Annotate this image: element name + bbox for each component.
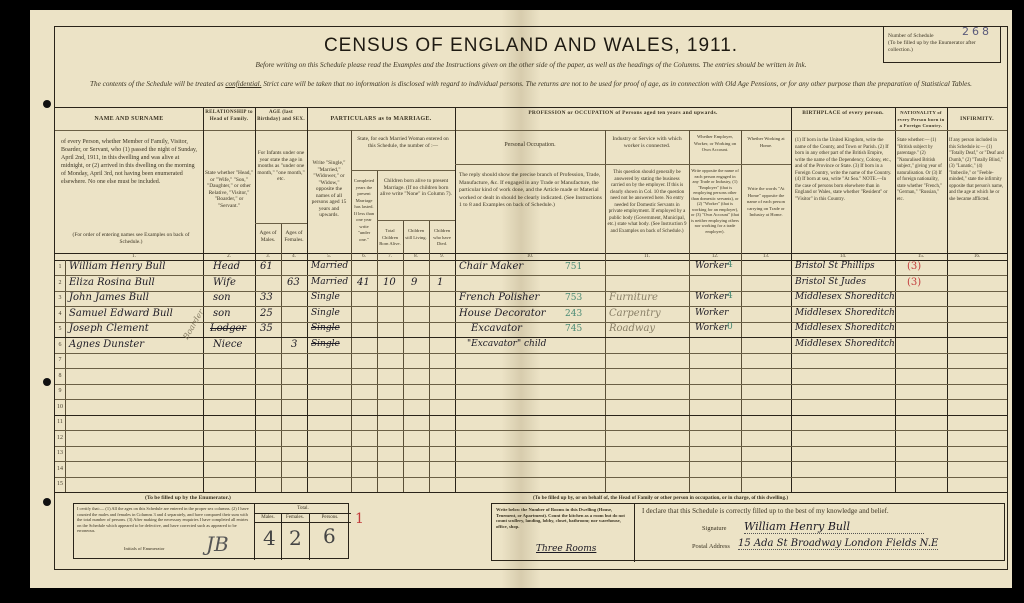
schedule-number-box: Number of Schedule (To be filled up by t… [883, 27, 1001, 63]
address-label: Postal Address [692, 544, 730, 550]
header-employer-desc: Write opposite the name of each person e… [689, 166, 741, 236]
total-persons: 6 [323, 524, 336, 548]
binding-hole [43, 378, 51, 386]
header-profession: PROFESSION or OCCUPATION of Persons aged… [455, 108, 791, 130]
header-children-died: Children who have Died. [429, 226, 455, 250]
binding-hole [43, 498, 51, 506]
confidentiality-notice: The contents of the Schedule will be tre… [61, 79, 1001, 90]
header-infirmity: INFIRMITY. [947, 108, 1007, 130]
header-children-born: Children born alive to present Marriage.… [377, 176, 455, 200]
enumerator-box: I certify that:— (1) All the ages on thi… [73, 503, 349, 559]
header-age: AGE (last Birthday) and SEX. [255, 108, 307, 130]
header-marriage: PARTICULARS as to MARRIAGE. [307, 108, 455, 130]
signature-label: Signature [702, 526, 727, 532]
instruction-line: Before writing on this Schedule please r… [55, 61, 1007, 69]
address-value: 15 Ada St Broadway London Fields N.E [738, 538, 938, 550]
header-relationship-desc: State whether "Head," or "Wife," "Son," … [203, 168, 255, 211]
header-age-males: Ages of Males. [255, 228, 281, 245]
signature-value: William Henry Bull [744, 520, 924, 534]
header-marriage-status: Write "Single," "Married," "Widower," or… [307, 158, 351, 221]
header-employer: Whether Employer, Worker, or Working on … [689, 132, 741, 156]
header-at-home-desc: Write the words "At Home" opposite the n… [741, 184, 791, 221]
header-married-women: State, for each Married Woman entered on… [351, 134, 455, 151]
header-industry-desc: This question should generally be answer… [605, 168, 689, 237]
binding-hole [43, 100, 51, 108]
header-children-living: Children still Living. [403, 226, 429, 243]
header-nationality-desc: State whether:— (1) "British subject by … [895, 136, 947, 205]
census-table: NAME AND SURNAME of every Person, whethe… [55, 107, 1007, 508]
schedule-number: 268 [962, 28, 992, 35]
header-years-married: Completed years the present Marriage has… [351, 176, 377, 245]
header-total-children: Total Children Born Alive. [377, 226, 403, 250]
declaration: I declare that this Schedule is correctl… [642, 508, 889, 514]
header-at-home: Whether Working at Home. [741, 134, 791, 151]
header-industry: Industry or Service with which worker is… [605, 134, 689, 151]
header-birthplace-desc: (1) If born in the United Kingdom, write… [793, 136, 895, 205]
household-box: Write below the Number of Rooms in this … [491, 503, 1005, 561]
header-personal-occupation: Personal Occupation. [455, 134, 605, 151]
header-relationship: RELATIONSHIP to Head of Family. [203, 108, 255, 130]
header-name: NAME AND SURNAME [55, 108, 203, 130]
header-infirmity-desc: If any person included in this Schedule … [947, 136, 1007, 205]
enumerator-initials: JB [206, 532, 229, 556]
household-heading: (To be filled up by, or on behalf of, th… [533, 495, 788, 501]
page-title: CENSUS OF ENGLAND AND WALES, 1911. [55, 35, 1007, 57]
header-nationality: NATIONALITY of every Person born in a Fo… [895, 108, 947, 130]
total-females: 2 [289, 526, 302, 550]
header-personal-occupation-desc: The reply should show the precise branch… [457, 170, 605, 212]
header-age-females: Ages of Females. [281, 228, 307, 245]
rooms-instruction: Write below the Number of Rooms in this … [496, 507, 628, 529]
header-name-note: (For order of entering names see Example… [59, 230, 203, 250]
enumerator-heading: (To be filled up by the Enumerator.) [145, 495, 231, 501]
total-males: 4 [263, 526, 276, 550]
rooms-value: Three Rooms [536, 544, 596, 554]
census-form: CENSUS OF ENGLAND AND WALES, 1911. Befor… [54, 26, 1008, 570]
enumerator-certify: I certify that:— (1) All the ages on thi… [77, 506, 253, 534]
header-age-desc: For Infants under one year state the age… [255, 148, 307, 185]
header-name-desc: of every Person, whether Member of Famil… [59, 136, 203, 226]
enumerator-initials-label: Initials of Enumerator [124, 546, 165, 552]
header-birthplace: BIRTHPLACE of every person. [791, 108, 895, 130]
red-tally-mark: 1 [355, 511, 364, 527]
totals-table: Total. Males. Females. Persons. 4 2 6 [254, 504, 351, 560]
